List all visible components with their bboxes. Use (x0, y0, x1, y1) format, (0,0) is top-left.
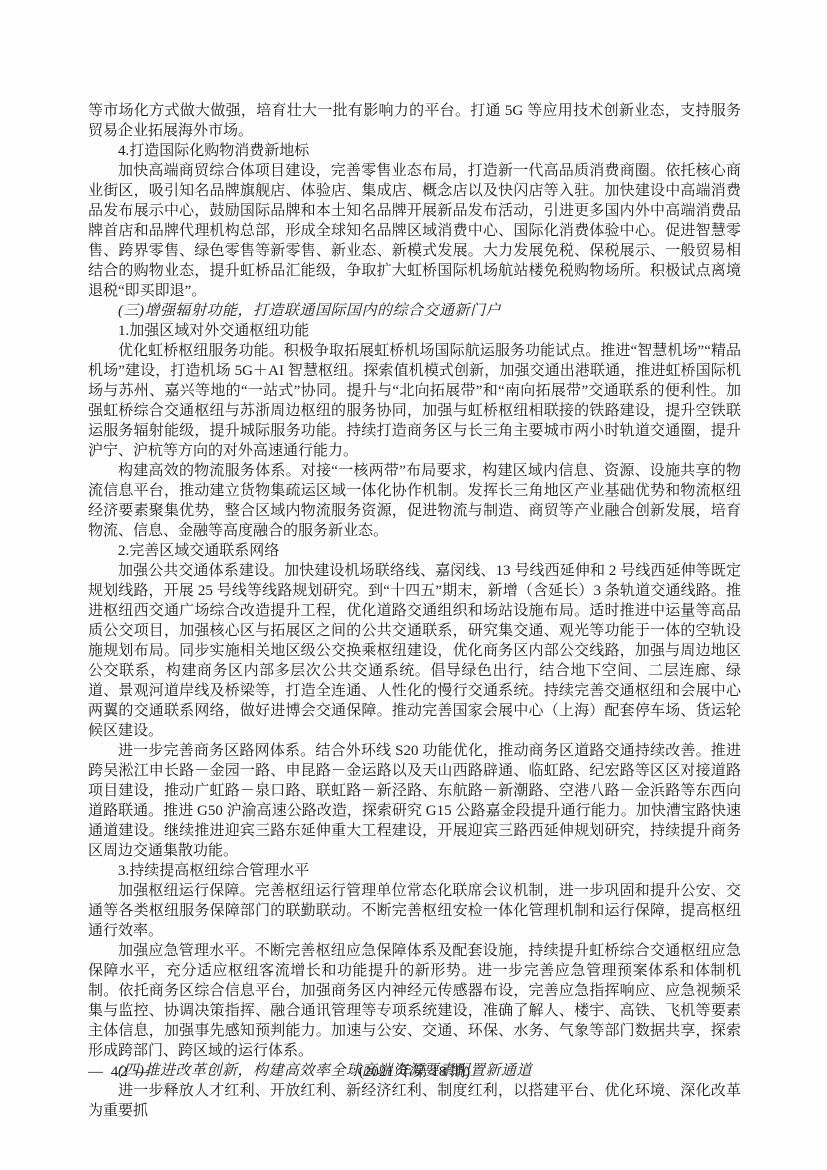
section-heading: (三)增强辐射功能，打造联通国际国内的综合交通新门户 (88, 301, 741, 321)
page-footer: — 42 — (2021 年第 18 期) (88, 1062, 741, 1084)
paragraph: 加强公共交通体系建设。加快建设机场联络线、嘉闵线、13 号线西延伸和 2 号线西… (88, 561, 741, 741)
paragraph: 等市场化方式做大做强，培育壮大一批有影响力的平台。打通 5G 等应用技术创新业态… (88, 101, 741, 141)
paragraph: 加强应急管理水平。不断完善枢纽应急保障体系及配套设施，持续提升虹桥综合交通枢纽应… (88, 941, 741, 1061)
paragraph: 4.打造国际化购物消费新地标 (88, 141, 741, 161)
paragraph: 构建高效的物流服务体系。对接“一核两带”布局要求，构建区域内信息、资源、设施共享… (88, 461, 741, 541)
paragraph: 加快高端商贸综合体项目建设，完善零售业态布局，打造新一代高品质消费商圈。依托核心… (88, 161, 741, 301)
paragraph: 1.加强区域对外交通枢纽功能 (88, 321, 741, 341)
paragraph: 进一步释放人才红利、开放红利、新经济红利、制度红利，以搭建平台、优化环境、深化改… (88, 1081, 741, 1121)
paragraph: 进一步完善商务区路网体系。结合外环线 S20 功能优化，推动商务区道路交通持续改… (88, 741, 741, 861)
paragraph: 3.持续提高枢纽综合管理水平 (88, 861, 741, 881)
paragraph: 加强枢纽运行保障。完善枢纽运行管理单位常态化联席会议机制，进一步巩固和提升公安、… (88, 881, 741, 941)
issue-label: (2021 年第 18 期) (88, 1062, 741, 1082)
paragraph: 2.完善区域交通联系网络 (88, 541, 741, 561)
paragraph: 优化虹桥枢纽服务功能。积极争取拓展虹桥机场国际航运服务功能试点。推进“智慧机场”… (88, 341, 741, 461)
document-page: 等市场化方式做大做强，培育壮大一批有影响力的平台。打通 5G 等应用技术创新业态… (0, 0, 827, 1170)
document-body: 等市场化方式做大做强，培育壮大一批有影响力的平台。打通 5G 等应用技术创新业态… (88, 101, 741, 1121)
